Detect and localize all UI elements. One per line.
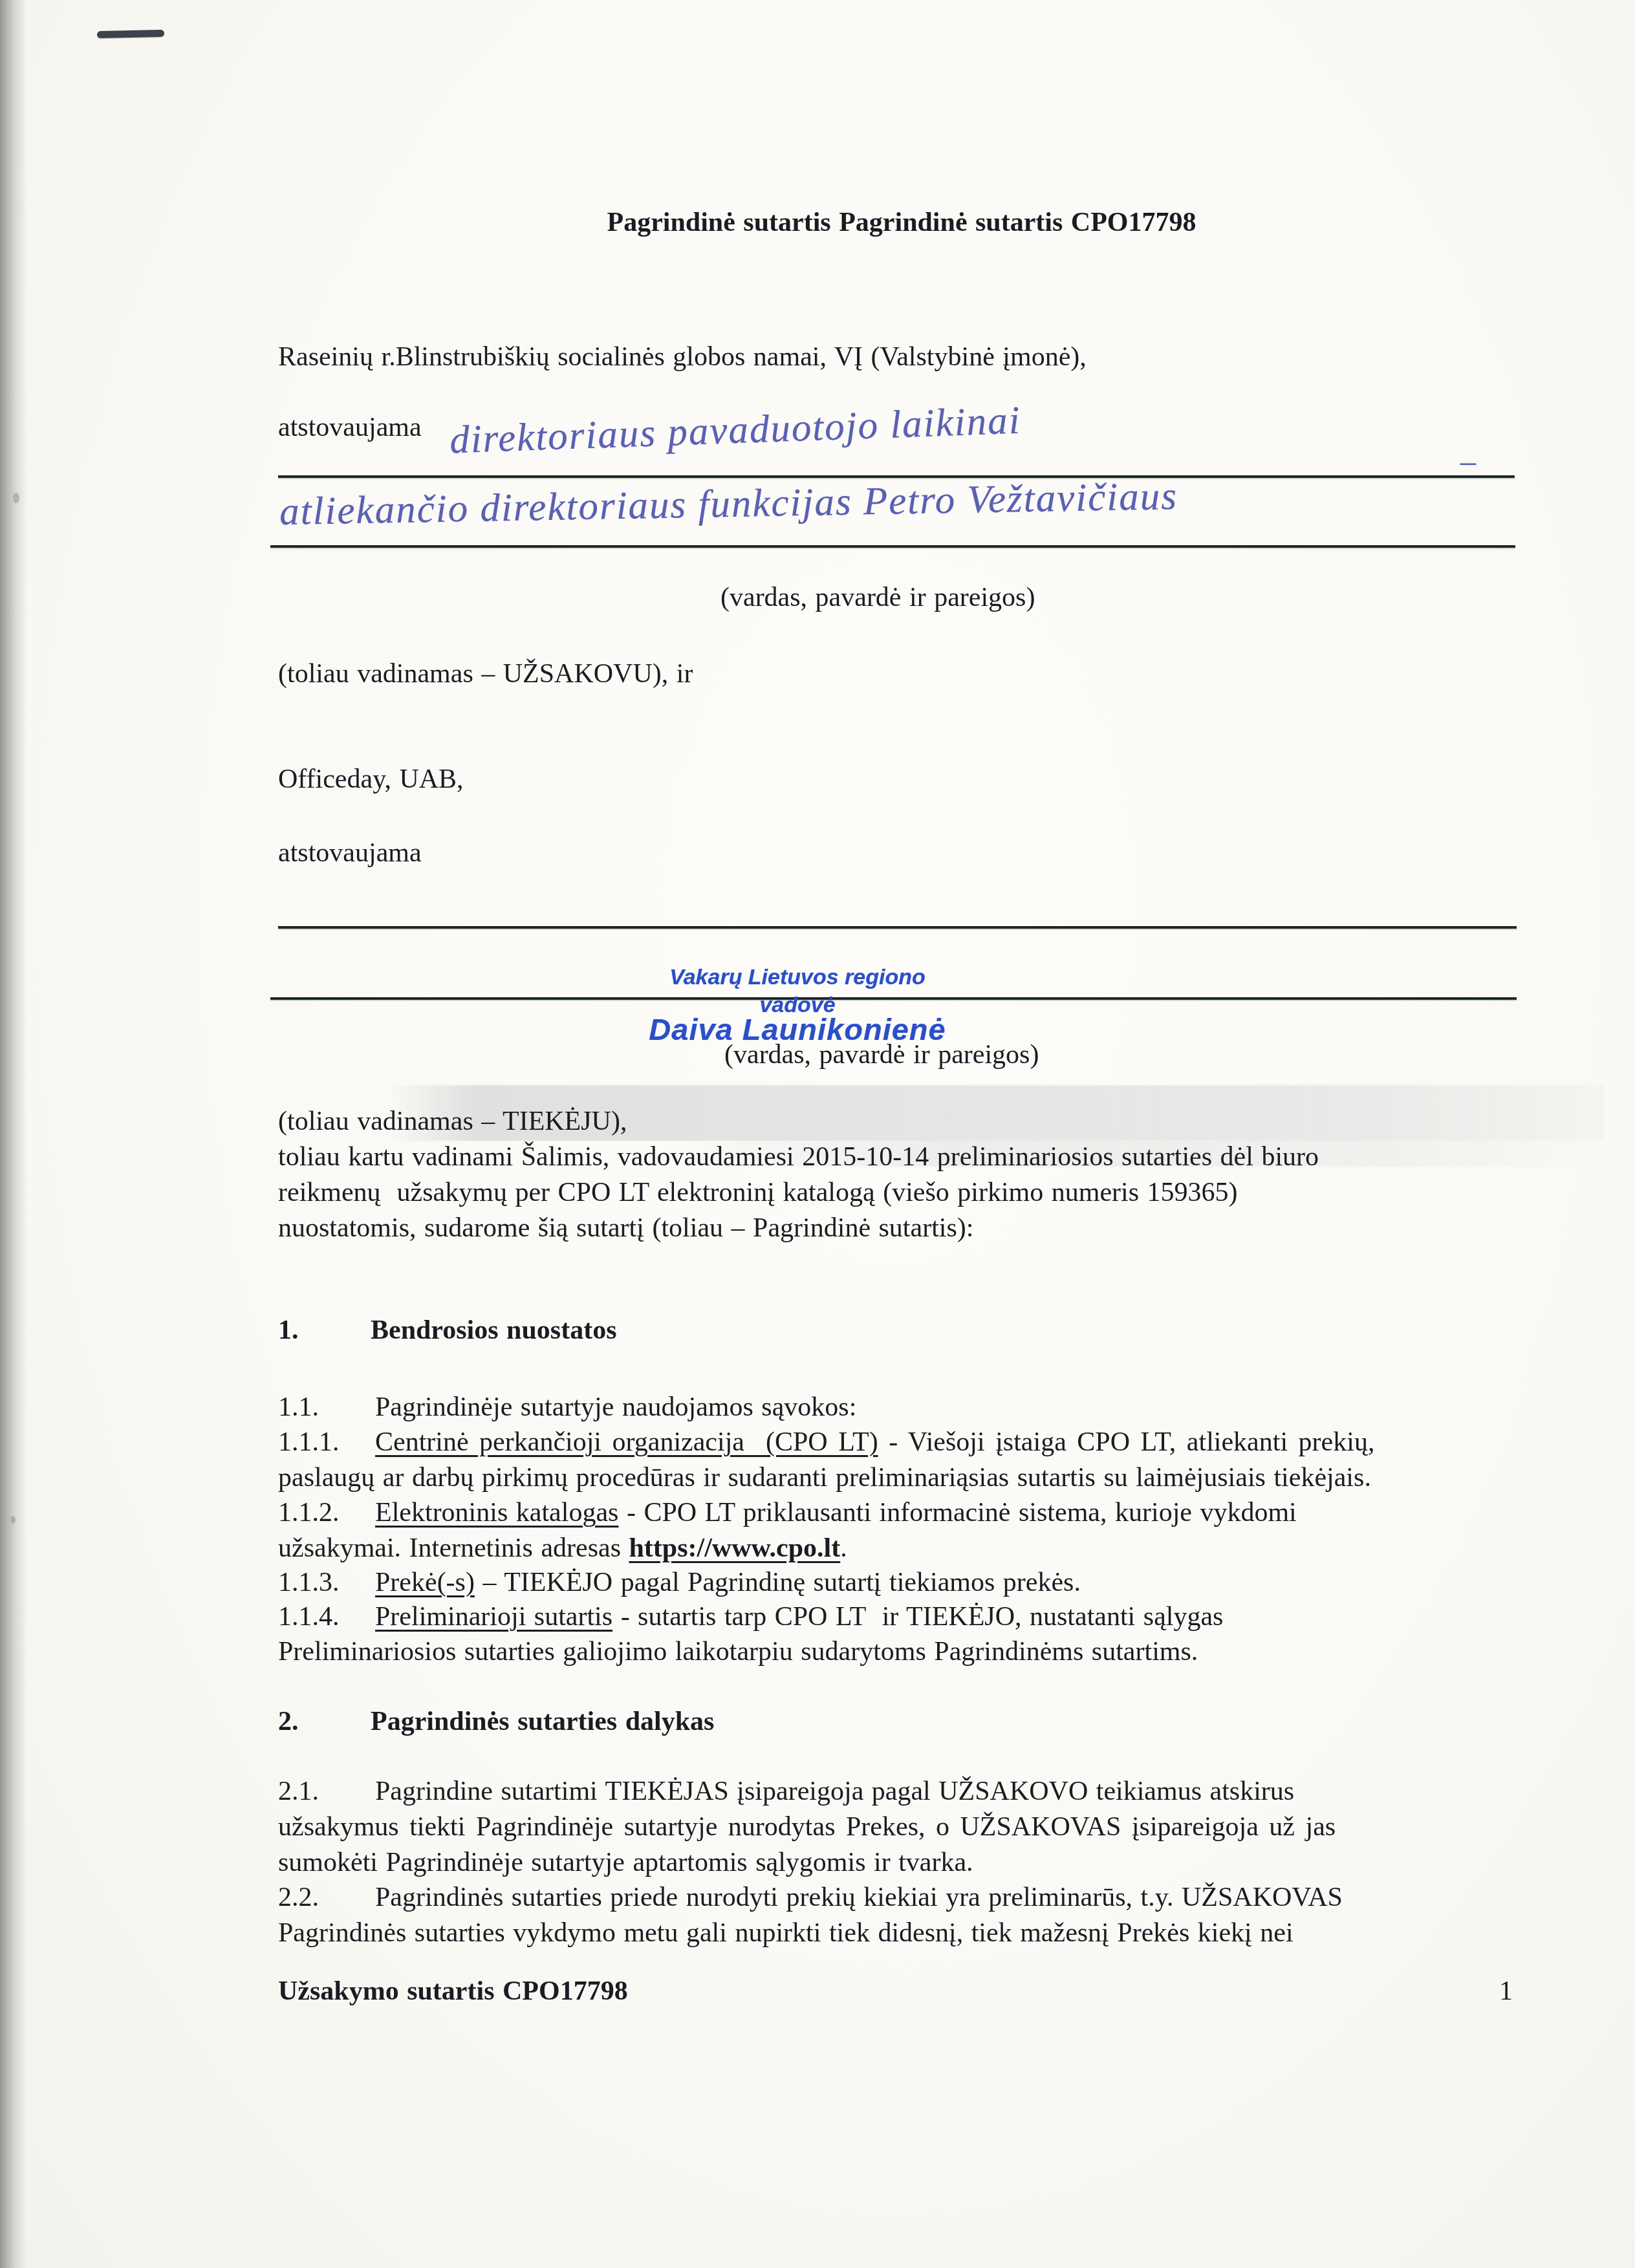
clause-1-1-3-line: 1.1.3.Prekė(-s) – TIEKĖJO pagal Pagrindi… [278,1567,1081,1598]
clause-1-1-2-number: 1.1.2. [278,1497,375,1528]
clause-1-1-4-term: Preliminarioji sutartis [375,1602,612,1632]
section-1-heading: 1.Bendrosios nuostatos [278,1315,617,1346]
section-2-title: Pagrindinės sutarties dalykas [371,1707,714,1736]
clause-1-1-1-text: - Viešoji įstaiga CPO LT, atliekanti pre… [878,1427,1375,1457]
clause-1-1-2-cont-period: . [840,1533,847,1563]
handwritten-dash-mark: – [1460,441,1477,482]
handwritten-position-line-2: atliekančio direktoriaus funkcijas Petro… [279,476,1178,533]
clause-2-1-continuation-2: sumokėti Pagrindinėje sutartyje aptartom… [278,1847,973,1878]
clause-2-1-text: Pagrindine sutartimi TIEKĖJAS įsipareigo… [375,1777,1294,1806]
clause-2-2-line: 2.2.Pagrindinės sutarties priede nurodyt… [278,1882,1343,1913]
footer-page-number: 1 [1499,1976,1513,2007]
clause-1-1-1-term: Centrinė perkančioji organizacija (CPO L… [375,1427,878,1457]
clause-2-1-number: 2.1. [278,1776,375,1807]
clause-1-1-number: 1.1. [278,1392,375,1423]
section-2-number: 2. [278,1706,371,1737]
handwritten-position-line-1: direktoriaus pavaduotojo laikinai [449,400,1021,462]
preamble-line-2: reikmenų užsakymų per CPO LT elektroninį… [278,1177,1238,1208]
clause-1-1-3-term: Prekė(-s) [375,1568,475,1597]
signature-ruled-line-4 [270,997,1517,1000]
clause-1-1-4-number: 1.1.4. [278,1601,375,1632]
buyer-alias-line: (toliau vadinamas – UŽSAKOVU), ir [278,658,693,689]
clause-1-1-4-line: 1.1.4.Preliminarioji sutartis - sutartis… [278,1601,1223,1632]
clause-1-1-4-text: - sutartis tarp CPO LT ir TIEKĖJO, nusta… [612,1602,1223,1632]
footer-contract-reference: Užsakymo sutartis CPO17798 [278,1976,628,2007]
page-title: Pagrindinė sutartis Pagrindinė sutartis … [607,207,1196,238]
name-caption-1: (vardas, pavardė ir pareigos) [720,582,1035,613]
clause-2-2-continuation-1: Pagrindinės sutarties vykdymo metu gali … [278,1917,1294,1949]
scan-left-edge-shadow [0,0,27,2268]
clause-1-1-1-number: 1.1.1. [278,1427,375,1458]
clause-2-1-continuation-1: užsakymus tiekti Pagrindinėje sutartyje … [278,1811,1336,1842]
signature-ruled-line-3 [278,926,1517,929]
clause-1-1-text: Pagrindinėje sutartyje naudojamos sąvoko… [375,1392,856,1422]
scanned-contract-page: Pagrindinė sutartis Pagrindinė sutartis … [0,0,1635,2268]
cpo-website-url: https://www.cpo.lt [629,1533,840,1563]
stamp-region-line: Vakarų Lietuvos regiono [669,965,926,990]
clause-1-1-2-continuation: užsakymai. Internetinis adresas https://… [278,1533,847,1564]
represented-by-label-2: atstovaujama [278,837,422,869]
clause-1-1-2-line: 1.1.2.Elektroninis katalogas - CPO LT pr… [278,1497,1297,1528]
clause-1-1-3-text: – TIEKĖJO pagal Pagrindinę sutartį tieki… [475,1568,1081,1597]
section-2-heading: 2.Pagrindinės sutarties dalykas [278,1706,714,1737]
signature-ruled-line-1 [278,475,1515,478]
scan-smudge [10,1516,16,1524]
clause-2-2-number: 2.2. [278,1882,375,1913]
stamp-person-name: Daiva Launikonienė [649,1011,946,1047]
signature-ruled-line-2 [270,545,1515,548]
clause-1-1-2-text: - CPO LT priklausanti informacinė sistem… [618,1498,1296,1528]
clause-1-1-2-term: Elektroninis katalogas [375,1498,618,1528]
supplier-name-line: Officeday, UAB, [278,764,464,795]
section-1-number: 1. [278,1315,371,1346]
clause-1-1-2-cont-text: užsakymai. Internetinis adresas [278,1533,629,1563]
clause-1-1-4-continuation: Preliminariosios sutarties galiojimo lai… [278,1636,1198,1667]
scan-pen-mark [97,30,164,38]
clause-1-1-1-line: 1.1.1.Centrinė perkančioji organizacija … [278,1427,1374,1458]
represented-by-label: atstovaujama [278,412,422,443]
supplier-alias-line: (toliau vadinamas – TIEKĖJU), [278,1106,627,1137]
preamble-line-3: nuostatomis, sudarome šią sutartį (tolia… [278,1213,974,1244]
preamble-line-1: toliau kartu vadinami Šalimis, vadovauda… [278,1141,1319,1172]
clause-1-1-3-number: 1.1.3. [278,1567,375,1598]
clause-1-1-1-continuation: paslaugų ar darbų pirkimų procedūras ir … [278,1462,1371,1493]
scan-smudge [13,493,19,503]
buyer-name-line: Raseinių r.Blinstrubiškių socialinės glo… [278,341,1087,373]
clause-2-1-line: 2.1.Pagrindine sutartimi TIEKĖJAS įsipar… [278,1776,1294,1807]
clause-1-1-line: 1.1.Pagrindinėje sutartyje naudojamos są… [278,1392,856,1423]
clause-2-2-text: Pagrindinės sutarties priede nurodyti pr… [375,1883,1343,1912]
section-1-title: Bendrosios nuostatos [371,1315,617,1345]
